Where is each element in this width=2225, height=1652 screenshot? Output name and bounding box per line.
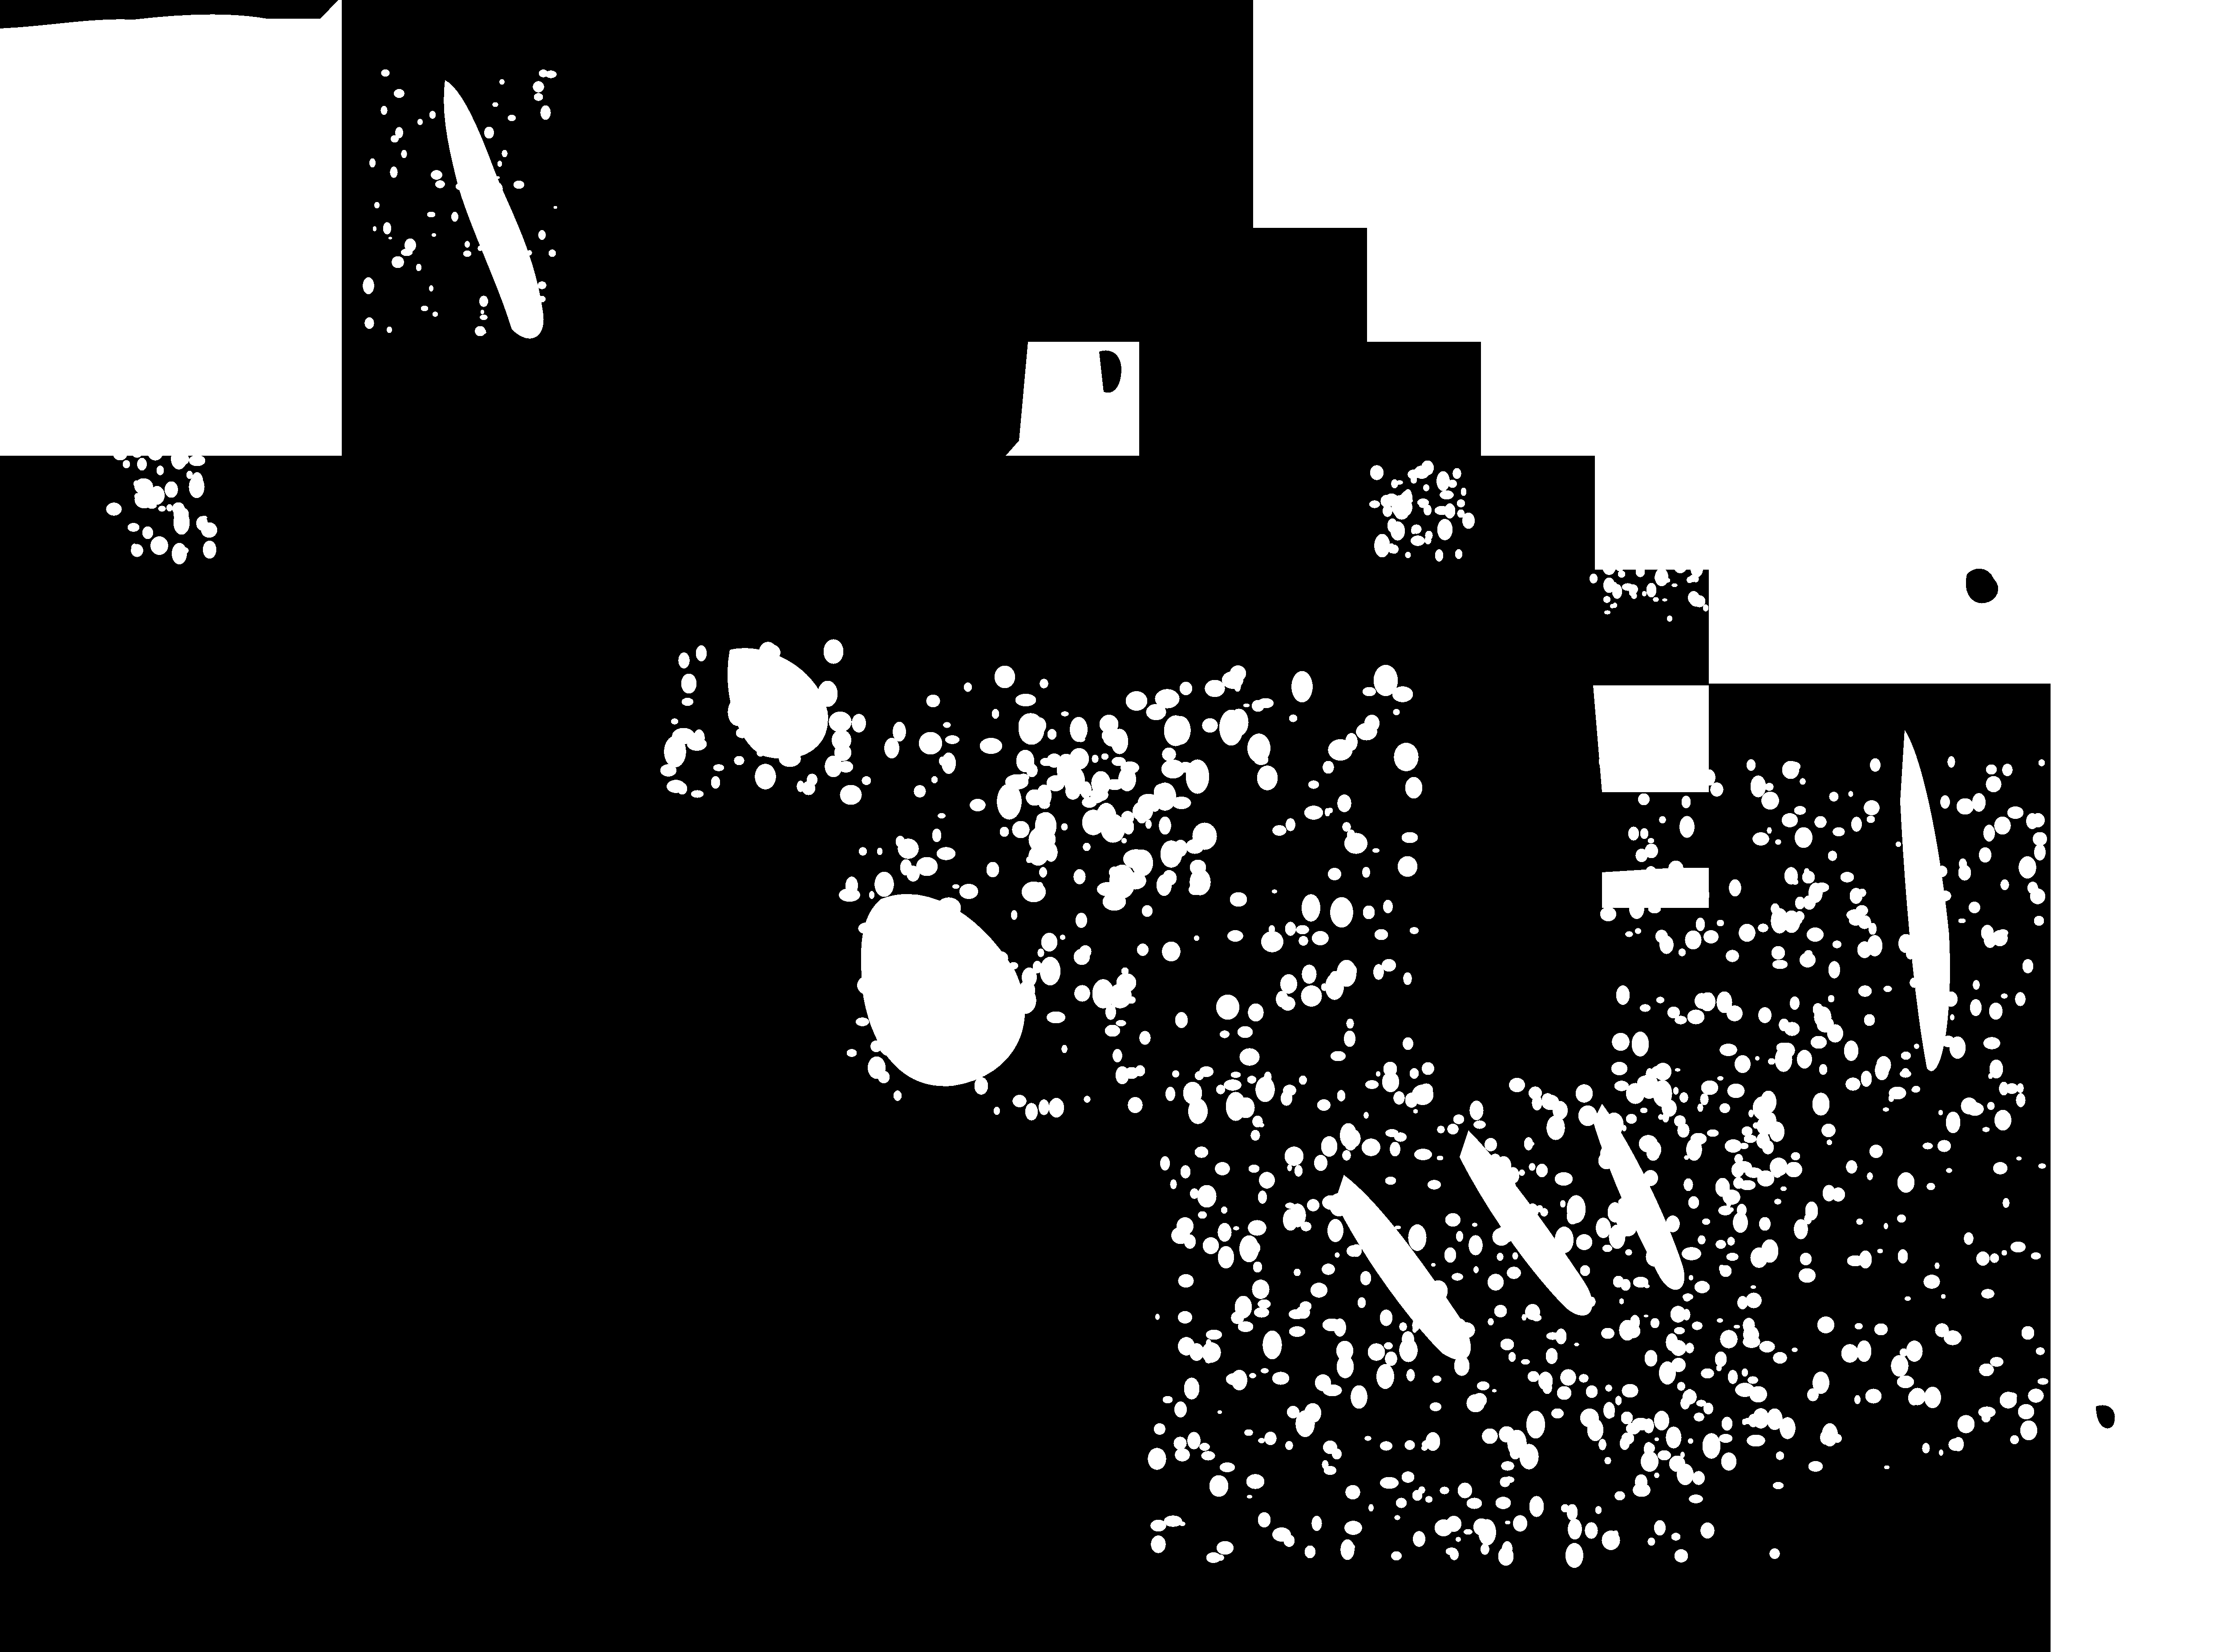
binary-mask-mosaic (0, 0, 2225, 1652)
